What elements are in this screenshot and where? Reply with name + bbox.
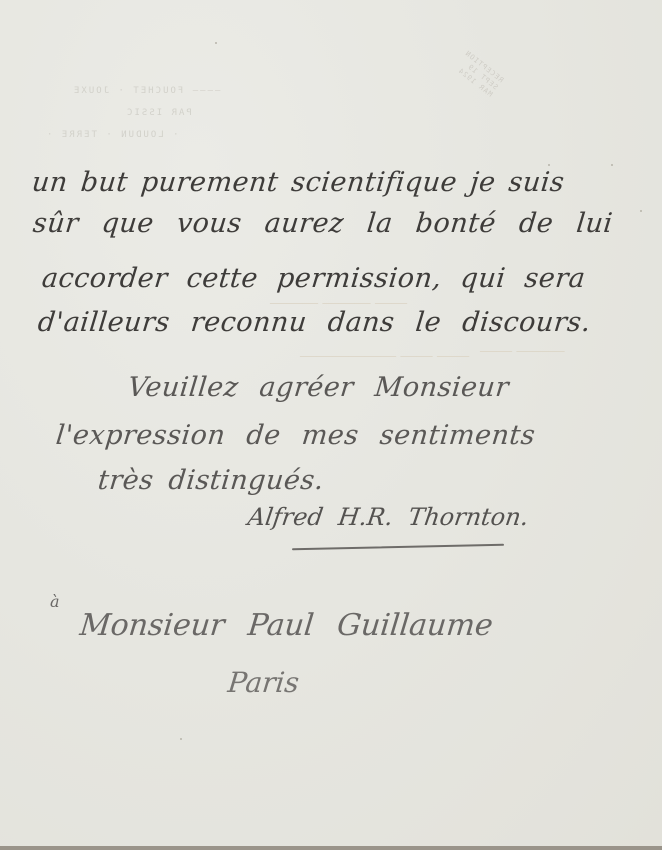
paper-speck bbox=[611, 164, 613, 166]
paper-speck bbox=[548, 164, 550, 166]
letter-body-line-4: d'ailleurs reconnu dans le discours. bbox=[36, 307, 592, 338]
reverse-ink-ghost: —— —— —————— bbox=[300, 345, 469, 366]
paper-speck bbox=[640, 210, 642, 212]
letter-page: ———— FOUCHET · JOUXE PAR ISSIC · LOUDUN … bbox=[0, 0, 662, 846]
signature: Alfred H.R. Thornton. bbox=[246, 503, 530, 531]
address-recipient: Monsieur Paul Guillaume bbox=[78, 608, 494, 643]
letter-closing-line-3: très distingués. bbox=[96, 465, 325, 496]
letter-body-line-3: accorder cette permission, qui sera bbox=[40, 263, 587, 294]
letter-body-line-1: un but purement scientifique je suis bbox=[30, 167, 566, 198]
letterhead-bleed-line-1: ———— FOUCHET · JOUXE bbox=[72, 86, 220, 96]
address-prefix: à bbox=[50, 592, 60, 611]
letterhead-bleed-line-3: · LOUDUN · TERRE · bbox=[45, 130, 179, 140]
letter-closing-line-2: l'expression de mes sentiments bbox=[54, 420, 537, 451]
letter-body-line-2: sûr que vous aurez la bonté de lui bbox=[31, 208, 614, 239]
address-city: Paris bbox=[226, 666, 300, 699]
scan-bottom-edge bbox=[0, 846, 662, 850]
reverse-ink-ghost: ——— —— bbox=[480, 340, 565, 361]
signature-underline bbox=[292, 544, 504, 550]
letter-closing-line-1: Veuillez agréer Monsieur bbox=[126, 372, 510, 403]
reception-stamp-bleed: RECEPTION SEPT 19 MAR 1924 bbox=[451, 49, 505, 99]
paper-speck bbox=[180, 738, 182, 740]
letterhead-bleed-line-2: PAR ISSIC bbox=[125, 108, 192, 118]
paper-speck bbox=[215, 42, 217, 44]
